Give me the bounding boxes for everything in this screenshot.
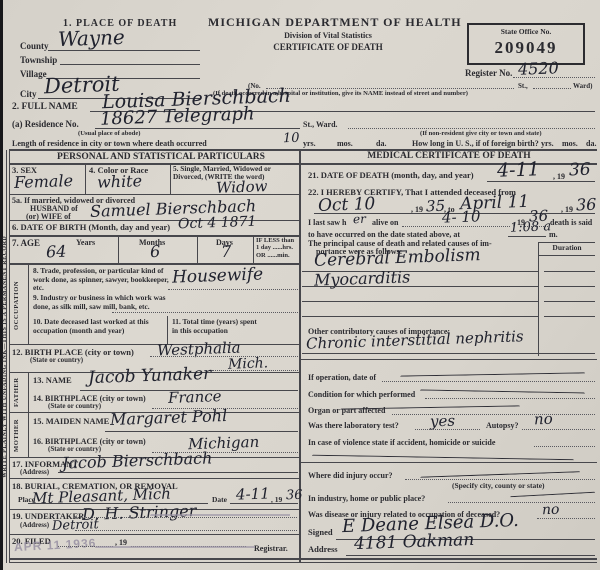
- burial-date-value: 4-11: [236, 484, 270, 503]
- rule: [58, 472, 298, 473]
- rule: [300, 462, 597, 463]
- rule: [9, 562, 597, 563]
- rule: [6, 150, 7, 563]
- blank-strike-mark: [312, 447, 574, 461]
- blank-strike-mark: [420, 465, 580, 478]
- rule: [48, 50, 200, 51]
- physician-address-value: 4181 Oakman: [354, 530, 475, 554]
- rule: [168, 289, 298, 290]
- father-name-value: Jacob Yunaker: [88, 364, 212, 388]
- operation-label: If operation, date of: [308, 373, 376, 382]
- rule: [402, 226, 510, 227]
- illegible-registrar-mark: [95, 536, 255, 548]
- rule: [302, 286, 538, 287]
- maiden-name-label: 15. MAIDEN NAME: [33, 417, 109, 427]
- death-said-label: death is said: [550, 218, 592, 227]
- duration-column-divider: [538, 243, 539, 356]
- rule: [266, 88, 514, 89]
- street-note-st: St.,: [518, 82, 528, 90]
- rule: [348, 128, 595, 129]
- rule: [392, 414, 595, 415]
- rule: [302, 353, 595, 354]
- rule: [9, 558, 597, 560]
- father-birthplace-sub: (State or country): [48, 402, 101, 410]
- state-office-label: State Office No.: [469, 28, 583, 37]
- rule: [85, 164, 86, 194]
- township-label: Township: [20, 55, 57, 65]
- last-saw-label-2: alive on: [372, 218, 398, 227]
- rule: [105, 431, 298, 432]
- rule: [150, 356, 298, 357]
- rule: [382, 381, 595, 382]
- rule: [415, 429, 480, 430]
- rule: [522, 429, 595, 430]
- trade-value: Housewife: [172, 264, 264, 287]
- rule: [212, 370, 298, 371]
- rule: [544, 301, 595, 302]
- margin-note: WRITE PLAINLY WITH UNFADING INK—THIS IS …: [2, 150, 12, 564]
- dob-value: Oct 4 1871: [178, 214, 257, 233]
- rule: [544, 286, 595, 287]
- industry-home-label: In industry, home or public place?: [308, 494, 425, 503]
- violence-label: In case of violence state if accident, h…: [308, 438, 495, 447]
- rule: [60, 64, 200, 65]
- birthplace-sub: (State or country): [30, 356, 83, 364]
- age-years-label: Years: [76, 238, 95, 247]
- dod-19: , 19: [553, 172, 565, 181]
- rule: [28, 413, 29, 457]
- rule: [405, 479, 595, 480]
- rule: [75, 530, 297, 531]
- undertaker-sub: (Address): [20, 521, 49, 529]
- rule: [95, 128, 300, 129]
- rule: [197, 236, 198, 263]
- blank-strike-mark: [400, 366, 585, 376]
- duration-label: Duration: [539, 244, 595, 253]
- register-number: 4520: [518, 58, 559, 78]
- personal-heading: PERSONAL AND STATISTICAL PARTICULARS: [30, 152, 292, 163]
- rule: [544, 271, 595, 272]
- disease-occupation-value: no: [542, 502, 560, 519]
- lab-test-value: yes: [430, 412, 456, 431]
- rule: [253, 236, 254, 263]
- residence-value: 18627 Telegraph: [100, 103, 255, 129]
- last-worked-label: 10. Date deceased last worked at this oc…: [33, 318, 163, 335]
- age-label: 7. AGE: [12, 238, 40, 248]
- industry-label: 9. Industry or business in which work wa…: [33, 294, 175, 311]
- rule: [9, 534, 299, 535]
- county-value: Wayne: [58, 25, 126, 51]
- injury-label: Where did injury occur?: [308, 471, 393, 480]
- rule: [538, 255, 595, 256]
- physician-address-label: Address: [308, 545, 338, 555]
- age-months-value: 6: [150, 242, 161, 261]
- length-residence-value: 10: [283, 131, 300, 147]
- yrs-label-2: yrs.: [541, 139, 554, 148]
- signed-label: Signed: [308, 528, 333, 538]
- medical-heading: MEDICAL CERTIFICATE OF DEATH: [308, 151, 590, 162]
- registrar-label: Registrar.: [254, 544, 288, 553]
- rule: [544, 316, 595, 317]
- informant-value: Jacob Bierschbach: [62, 448, 213, 472]
- rule: [9, 150, 10, 563]
- rule: [28, 265, 29, 344]
- age-years-value: 64: [46, 242, 67, 262]
- trade-label: 8. Trade, profession, or particular kind…: [33, 267, 171, 293]
- mos-label-2: mos.: [562, 139, 578, 148]
- rule: [9, 344, 299, 345]
- last-saw-date-value: 4- 10: [442, 207, 481, 226]
- date-of-death-value: 4-11: [497, 158, 540, 181]
- street-note-ward: Ward): [573, 82, 592, 90]
- residence-label: (a) Residence No.: [12, 119, 79, 129]
- rule: [346, 555, 595, 556]
- occupation-side-label: OCCUPATION: [13, 268, 25, 342]
- undertaker-address-value: Detroit: [52, 517, 99, 534]
- m-label: m.: [549, 230, 558, 239]
- county-label: County: [20, 41, 49, 51]
- da-label: da.: [376, 139, 386, 148]
- mother-side-label: MOTHER: [13, 415, 25, 455]
- rule: [302, 316, 538, 317]
- age-less-label: IF LESS than 1 day ......hrs. OR ......m…: [256, 237, 298, 259]
- illegible-mark: [150, 506, 290, 516]
- mos-label: mos.: [337, 139, 353, 148]
- certificate-title: CERTIFICATE OF DEATH: [208, 42, 448, 52]
- state-office-number: 209049: [469, 38, 583, 58]
- rule: [425, 398, 595, 399]
- occurred-time-value: 1:08 a: [510, 219, 552, 235]
- rule: [167, 316, 168, 344]
- burial-date-label: Date: [212, 496, 227, 505]
- filed-date-stamp: APR 11 1936: [14, 536, 97, 554]
- full-name-label: 2. FULL NAME: [12, 102, 78, 113]
- rule: [9, 194, 299, 195]
- length-residence-label: Length of residence in city or town wher…: [12, 139, 207, 148]
- blank-strike-mark: [420, 385, 585, 394]
- occurred-label: to have occurred on the date stated abov…: [308, 230, 460, 239]
- condition-label: Condition for which performed: [308, 390, 415, 399]
- injury-note: (Specify city, county or state): [452, 482, 545, 491]
- rule: [513, 77, 595, 78]
- rule: [112, 312, 298, 313]
- dod-year-value: 36: [569, 160, 591, 181]
- yrs-label: yrs.: [303, 139, 316, 148]
- autopsy-value: no: [534, 410, 553, 429]
- age-days-value: 7: [221, 242, 232, 261]
- division-title: Division of Vital Statistics: [208, 31, 448, 40]
- rule: [508, 236, 546, 237]
- howlong-label: How long in U. S., if of foreign birth?: [412, 139, 539, 148]
- father-side-label: FATHER: [13, 374, 25, 411]
- lab-test-label: Was there laboratory test?: [308, 421, 399, 430]
- dob-label: 6. DATE OF BIRTH (Month, day and year): [12, 223, 170, 233]
- mother-name-value: Margaret Pohl: [110, 406, 228, 429]
- informant-sub: (Address): [20, 468, 49, 476]
- color-race-value: white: [97, 171, 143, 192]
- rule: [75, 517, 297, 518]
- rule: [448, 502, 595, 503]
- abode-note: (Usual place of abode): [78, 130, 140, 138]
- rule: [534, 446, 595, 447]
- rule: [118, 236, 119, 263]
- rule: [302, 301, 538, 302]
- rule: [487, 181, 595, 182]
- rule: [300, 359, 597, 360]
- rule: [537, 518, 595, 519]
- rule: [533, 88, 571, 89]
- to-year-value: 36: [576, 195, 597, 215]
- last-saw-label-1: I last saw h: [308, 218, 346, 227]
- father-name-label: 13. NAME: [33, 376, 72, 386]
- nonresident-note: (If non-resident give city or town and s…: [420, 130, 542, 138]
- rule: [230, 503, 298, 504]
- last-saw-gender-value: er: [353, 212, 366, 226]
- autopsy-label: Autopsy?: [486, 421, 518, 430]
- dept-title: MICHIGAN DEPARTMENT OF HEALTH: [208, 16, 448, 30]
- blank-strike-mark: [340, 400, 520, 409]
- sex-value: Female: [14, 171, 74, 192]
- death-certificate-scan: WRITE PLAINLY WITH UNFADING INK—THIS IS …: [0, 0, 600, 570]
- rule: [9, 478, 299, 479]
- da-label-2: da.: [586, 139, 596, 148]
- city-label: City: [20, 89, 37, 99]
- burial-year-value: 36: [286, 488, 303, 504]
- father-birthplace-value: France: [168, 387, 222, 407]
- register-label: Register No.: [465, 68, 512, 78]
- rule: [170, 164, 171, 194]
- total-time-label: 11. Total time (years) spent in this occ…: [172, 318, 262, 335]
- st-ward-label: St., Ward.: [303, 120, 338, 129]
- rule: [28, 373, 29, 412]
- date-of-death-label: 21. DATE OF DEATH (month, day, and year): [308, 171, 474, 181]
